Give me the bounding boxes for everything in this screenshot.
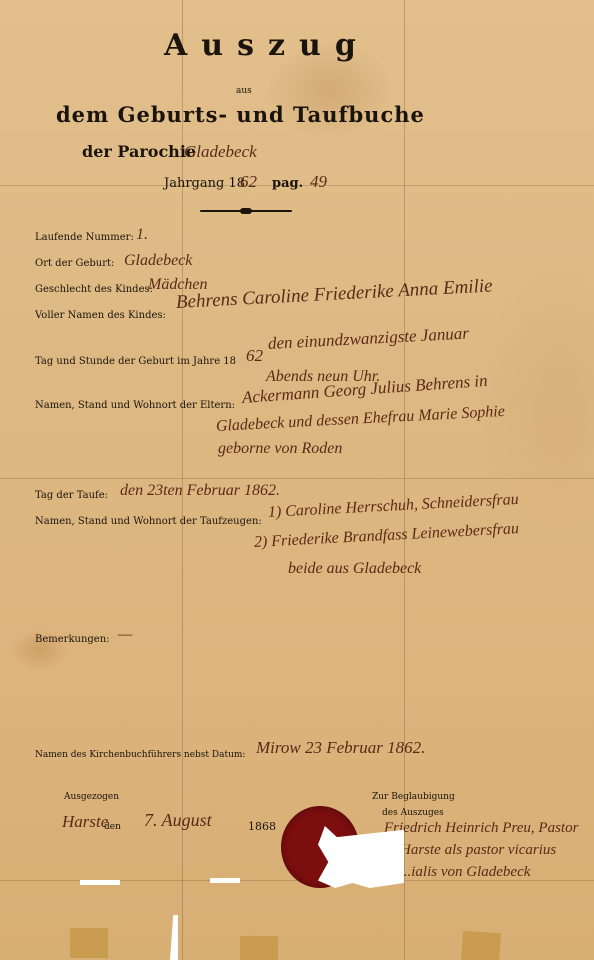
aus-label: aus — [236, 86, 252, 96]
tape-mark — [240, 936, 278, 960]
birthplace-label: Ort der Geburt: — [35, 258, 114, 269]
page-label: pag. — [272, 176, 303, 191]
registrar-label: Namen des Kirchenbuchführers nebst Datum… — [35, 750, 245, 760]
signature-line-2: Harste als pastor vicarius — [400, 842, 556, 859]
tear — [80, 880, 120, 885]
remarks-label: Bemerkungen: — [35, 634, 110, 645]
birthdate-year: 62 — [246, 346, 263, 366]
fullname-label: Voller Namen des Kindes: — [35, 310, 166, 321]
year-value: 62 — [240, 172, 257, 192]
parish-value: Gladebeck — [184, 142, 257, 162]
baptism-value: den 23ten Februar 1862. — [120, 482, 280, 500]
extracted-den: den — [104, 822, 121, 832]
document-title: Auszug — [164, 28, 370, 63]
tear — [210, 878, 240, 883]
signature-line-3: ...ialis von Gladebeck — [400, 864, 530, 881]
page-value: 49 — [310, 172, 327, 192]
number-value: 1. — [136, 226, 148, 244]
extracted-year: 1868 — [248, 820, 276, 833]
remarks-value: — — [118, 626, 132, 644]
extracted-place: Harste — [62, 812, 108, 832]
torn-hole — [318, 826, 404, 888]
certify-label-1: Zur Beglaubigung — [372, 792, 455, 802]
parents-label: Namen, Stand und Wohnort der Eltern: — [35, 400, 235, 411]
signature-line-1: Friedrich Heinrich Preu, Pastor — [384, 820, 578, 837]
certify-label-2: des Auszuges — [382, 808, 444, 818]
godparents-label: Namen, Stand und Wohnort der Taufzeugen: — [35, 516, 262, 527]
birthdate-label: Tag und Stunde der Geburt im Jahre 18 — [35, 356, 236, 367]
number-label: Laufende Nummer: — [35, 232, 134, 243]
fold-line — [0, 478, 594, 479]
extracted-label: Ausgezogen — [64, 792, 119, 802]
tape-mark — [461, 931, 501, 960]
year-label: Jahrgang 18 — [164, 176, 245, 191]
parish-label: der Parochie — [82, 142, 196, 161]
registrar-value: Mirow 23 Februar 1862. — [256, 738, 425, 758]
tape-mark — [70, 928, 108, 958]
baptism-label: Tag der Taufe: — [35, 490, 108, 501]
godparents-line3: beide aus Gladebeck — [288, 560, 421, 578]
ornament-divider — [200, 209, 292, 213]
extracted-date: 7. August — [144, 810, 212, 831]
parents-line3: geborne von Roden — [218, 440, 342, 458]
birthplace-value: Gladebeck — [124, 252, 192, 270]
sex-label: Geschlecht des Kindes: — [35, 284, 153, 295]
document-subtitle: dem Geburts- und Taufbuche — [56, 102, 425, 127]
